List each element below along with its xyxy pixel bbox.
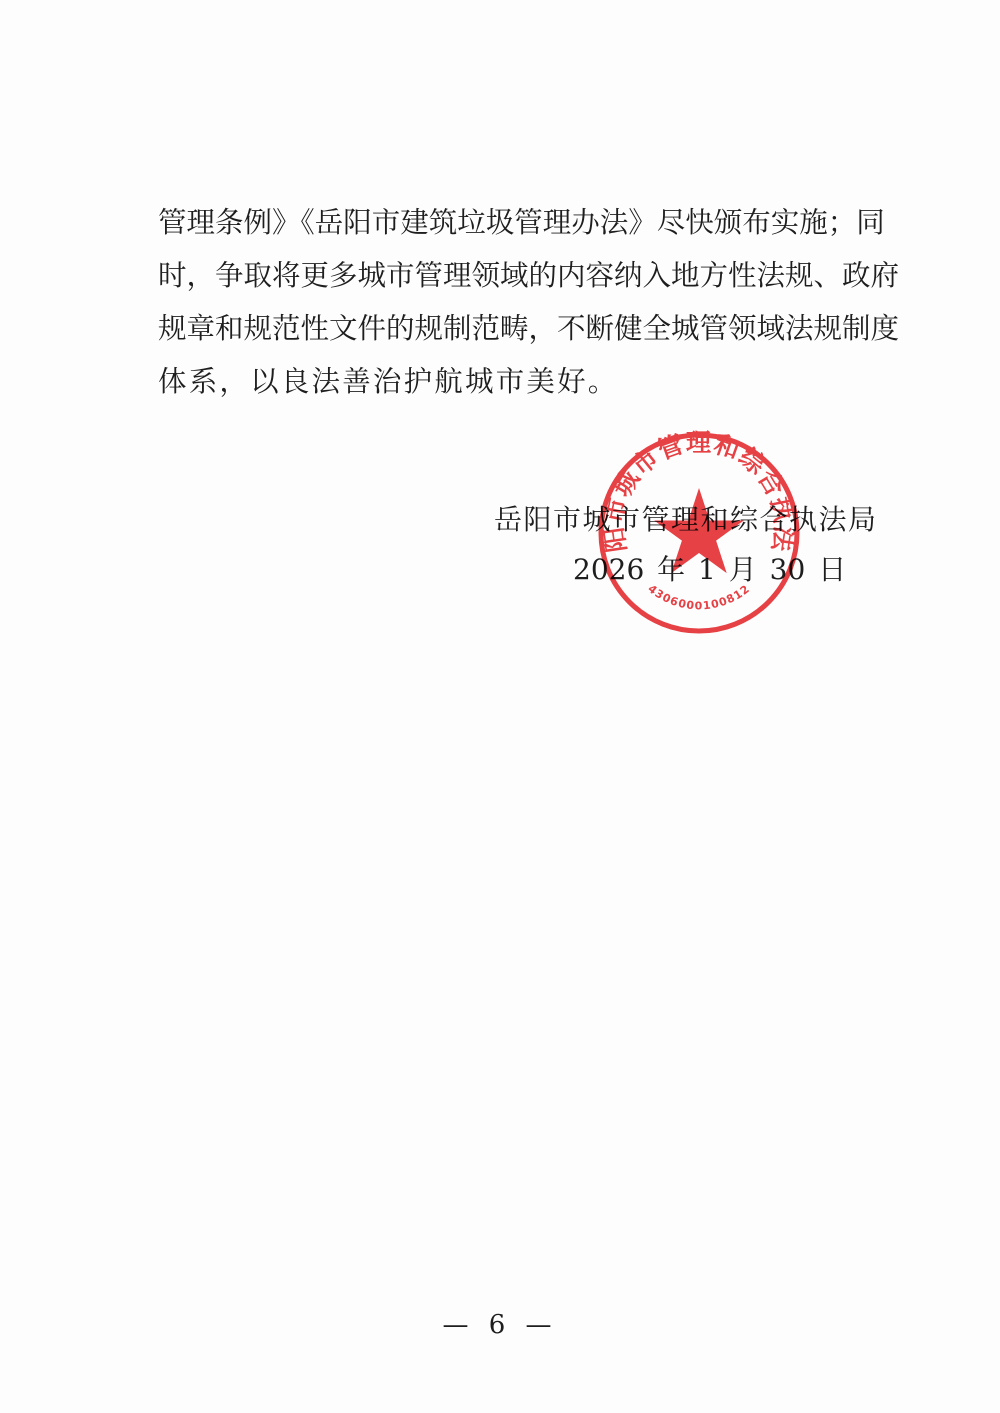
seal-code: 4306000100812 — [645, 582, 752, 612]
paragraph-line-4: 体系，以良法善治护航城市美好。 — [158, 355, 858, 408]
body-paragraph: 管理条例》《岳阳市建筑垃圾管理办法》尽快颁布实施；同 时，争取将更多城市管理领域… — [158, 196, 858, 408]
paragraph-line-2: 时，争取将更多城市管理领域的内容纳入地方性法规、政府 — [158, 249, 852, 302]
official-seal-icon: 岳阳市城市管理和综合执法局 4306000100812 — [596, 430, 802, 636]
svg-text:4306000100812: 4306000100812 — [645, 582, 752, 612]
page-number: — 6 — — [0, 1310, 1000, 1340]
paragraph-line-3: 规章和规范性文件的规制范畴，不断健全城管领域法规制度 — [158, 302, 852, 355]
paragraph-line-1: 管理条例》《岳阳市建筑垃圾管理办法》尽快颁布实施；同 — [158, 196, 852, 249]
document-page: 管理条例》《岳阳市建筑垃圾管理办法》尽快颁布实施；同 时，争取将更多城市管理领域… — [0, 0, 1000, 1413]
